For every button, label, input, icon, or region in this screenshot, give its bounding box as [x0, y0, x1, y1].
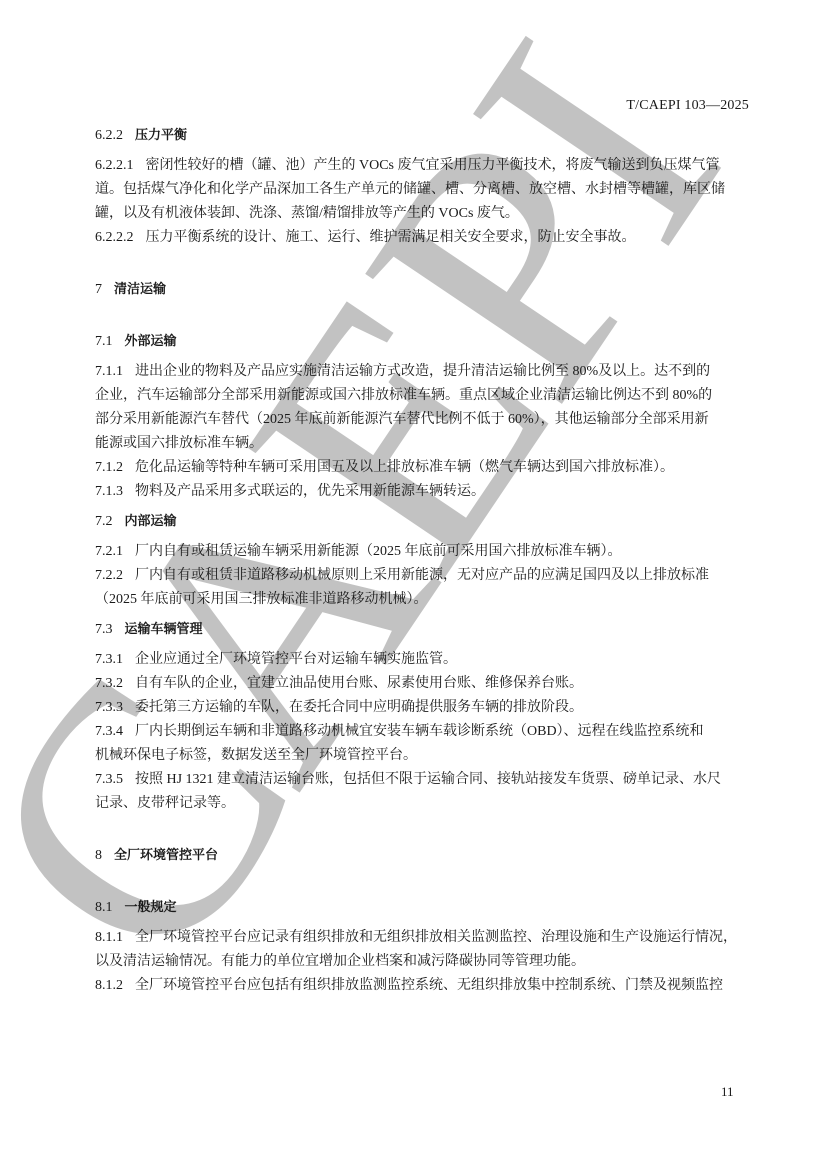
section-heading-7-3: 7.3运输车辆管理 — [95, 618, 755, 642]
paragraph-7-3-5: 7.3.5按照 HJ 1321 建立清洁运输台账，包括但不限于运输合同、接轨站接… — [95, 768, 755, 816]
document-body: 6.2.2压力平衡 6.2.2.1密闭性较好的槽（罐、池）产生的 VOCs 废气… — [95, 124, 755, 998]
document-page: T/CAEPI 103—2025 6.2.2压力平衡 6.2.2.1密闭性较好的… — [0, 0, 826, 1169]
paragraph-7-3-3: 7.3.3委托第三方运输的车队，在委托合同中应明确提供服务车辆的排放阶段。 — [95, 696, 755, 720]
section-heading-8-1: 8.1一般规定 — [95, 896, 755, 920]
paragraph-7-1-3: 7.1.3物料及产品采用多式联运的，优先采用新能源车辆转运。 — [95, 480, 755, 504]
page-number: 11 — [721, 1084, 734, 1100]
section-heading-7-2: 7.2内部运输 — [95, 510, 755, 534]
section-heading-6-2-2: 6.2.2压力平衡 — [95, 124, 755, 148]
paragraph-7-2-1: 7.2.1厂内自有或租赁运输车辆采用新能源（2025 年底前可采用国六排放标准车… — [95, 540, 755, 564]
chapter-heading-8: 8全厂环境管控平台 — [95, 844, 755, 868]
paragraph-6-2-2-1: 6.2.2.1密闭性较好的槽（罐、池）产生的 VOCs 废气宜采用压力平衡技术，… — [95, 154, 755, 226]
paragraph-8-1-2: 8.1.2全厂环境管控平台应包括有组织排放监测监控系统、无组织排放集中控制系统、… — [95, 974, 755, 998]
paragraph-7-1-1: 7.1.1进出企业的物料及产品应实施清洁运输方式改造，提升清洁运输比例至 80%… — [95, 360, 755, 456]
section-heading-7-1: 7.1外部运输 — [95, 330, 755, 354]
paragraph-7-3-1: 7.3.1企业应通过全厂环境管控平台对运输车辆实施监管。 — [95, 648, 755, 672]
paragraph-7-3-2: 7.3.2自有车队的企业，宜建立油品使用台账、尿素使用台账、维修保养台账。 — [95, 672, 755, 696]
paragraph-7-2-2: 7.2.2厂内自有或租赁非道路移动机械原则上采用新能源，无对应产品的应满足国四及… — [95, 564, 755, 612]
paragraph-7-1-2: 7.1.2危化品运输等特种车辆可采用国五及以上排放标准车辆（燃气车辆达到国六排放… — [95, 456, 755, 480]
paragraph-7-3-4: 7.3.4厂内长期倒运车辆和非道路移动机械宜安装车辆车载诊断系统（OBD）、远程… — [95, 720, 755, 768]
paragraph-6-2-2-2: 6.2.2.2压力平衡系统的设计、施工、运行、维护需满足相关安全要求，防止安全事… — [95, 226, 755, 250]
paragraph-8-1-1: 8.1.1全厂环境管控平台应记录有组织排放和无组织排放相关监测监控、治理设施和生… — [95, 926, 755, 974]
chapter-heading-7: 7清洁运输 — [95, 278, 755, 302]
standard-code: T/CAEPI 103—2025 — [626, 98, 749, 114]
